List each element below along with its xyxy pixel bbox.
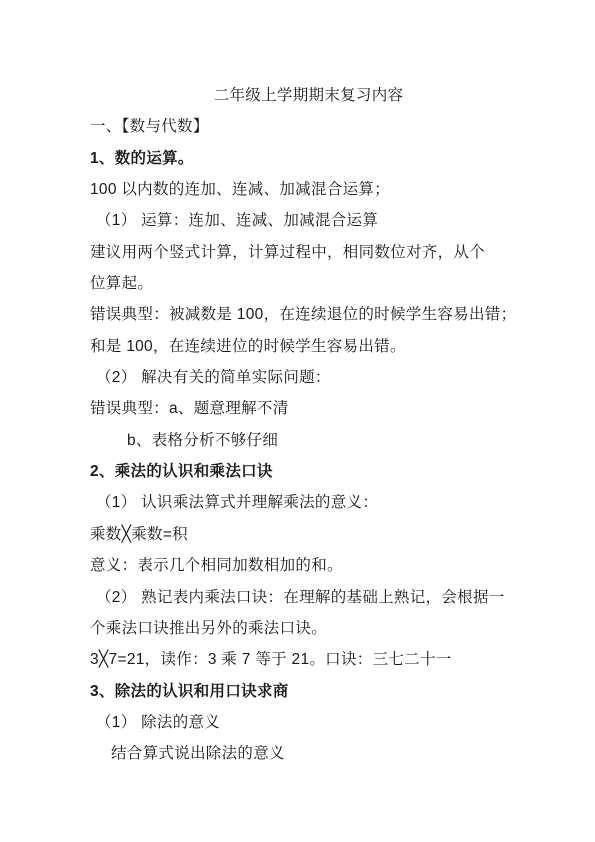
doc-line-formula: 乘数╳乘数=积 [90,519,527,550]
doc-line: 结合算式说出除法的意义 [90,738,527,769]
doc-line: 100 以内数的连加、连减、加减混合运算； [90,174,527,205]
doc-line: 位算起。 [90,268,527,299]
doc-line-item-1: （1） 运算：连加、连减、加减混合运算 [90,205,527,236]
doc-line: 个乘法口诀推出另外的乘法口诀。 [90,613,527,644]
doc-line-error-type: 错误典型：被减数是 100，在连续退位的时候学生容易出错； [90,299,527,330]
doc-line-item-1: （1） 除法的意义 [90,707,527,738]
section-heading-number-algebra: 一、【数与代数】 [90,111,527,142]
doc-line-item-2: （2） 熟记表内乘法口诀：在理解的基础上熟记，会根据一 [90,582,527,613]
doc-line-item-2: （2） 解决有关的简单实际问题： [90,362,527,393]
heading-division: 3、除法的认识和用口诀求商 [90,676,527,707]
doc-line: 和是 100，在连续进位的时候学生容易出错。 [90,331,527,362]
heading-multiplication: 2、乘法的认识和乘法口诀 [90,456,527,487]
doc-title: 二年级上学期期末复习内容 [90,80,527,111]
document-page: 二年级上学期期末复习内容 一、【数与代数】 1、数的运算。 100 以内数的连加… [0,0,595,842]
doc-line-error-type: 错误典型：a、题意理解不清 [90,393,527,424]
doc-line: 意义：表示几个相同加数相加的和。 [90,550,527,581]
heading-number-operations: 1、数的运算。 [90,143,527,174]
doc-line-formula: 3╳7=21，读作：3 乘 7 等于 21。口诀：三七二十一 [90,644,527,675]
doc-line-error-item-b: b、表格分析不够仔细 [90,425,527,456]
doc-line: 建议用两个竖式计算，计算过程中，相同数位对齐，从个 [90,237,527,268]
doc-line-item-1: （1） 认识乘法算式并理解乘法的意义： [90,487,527,518]
